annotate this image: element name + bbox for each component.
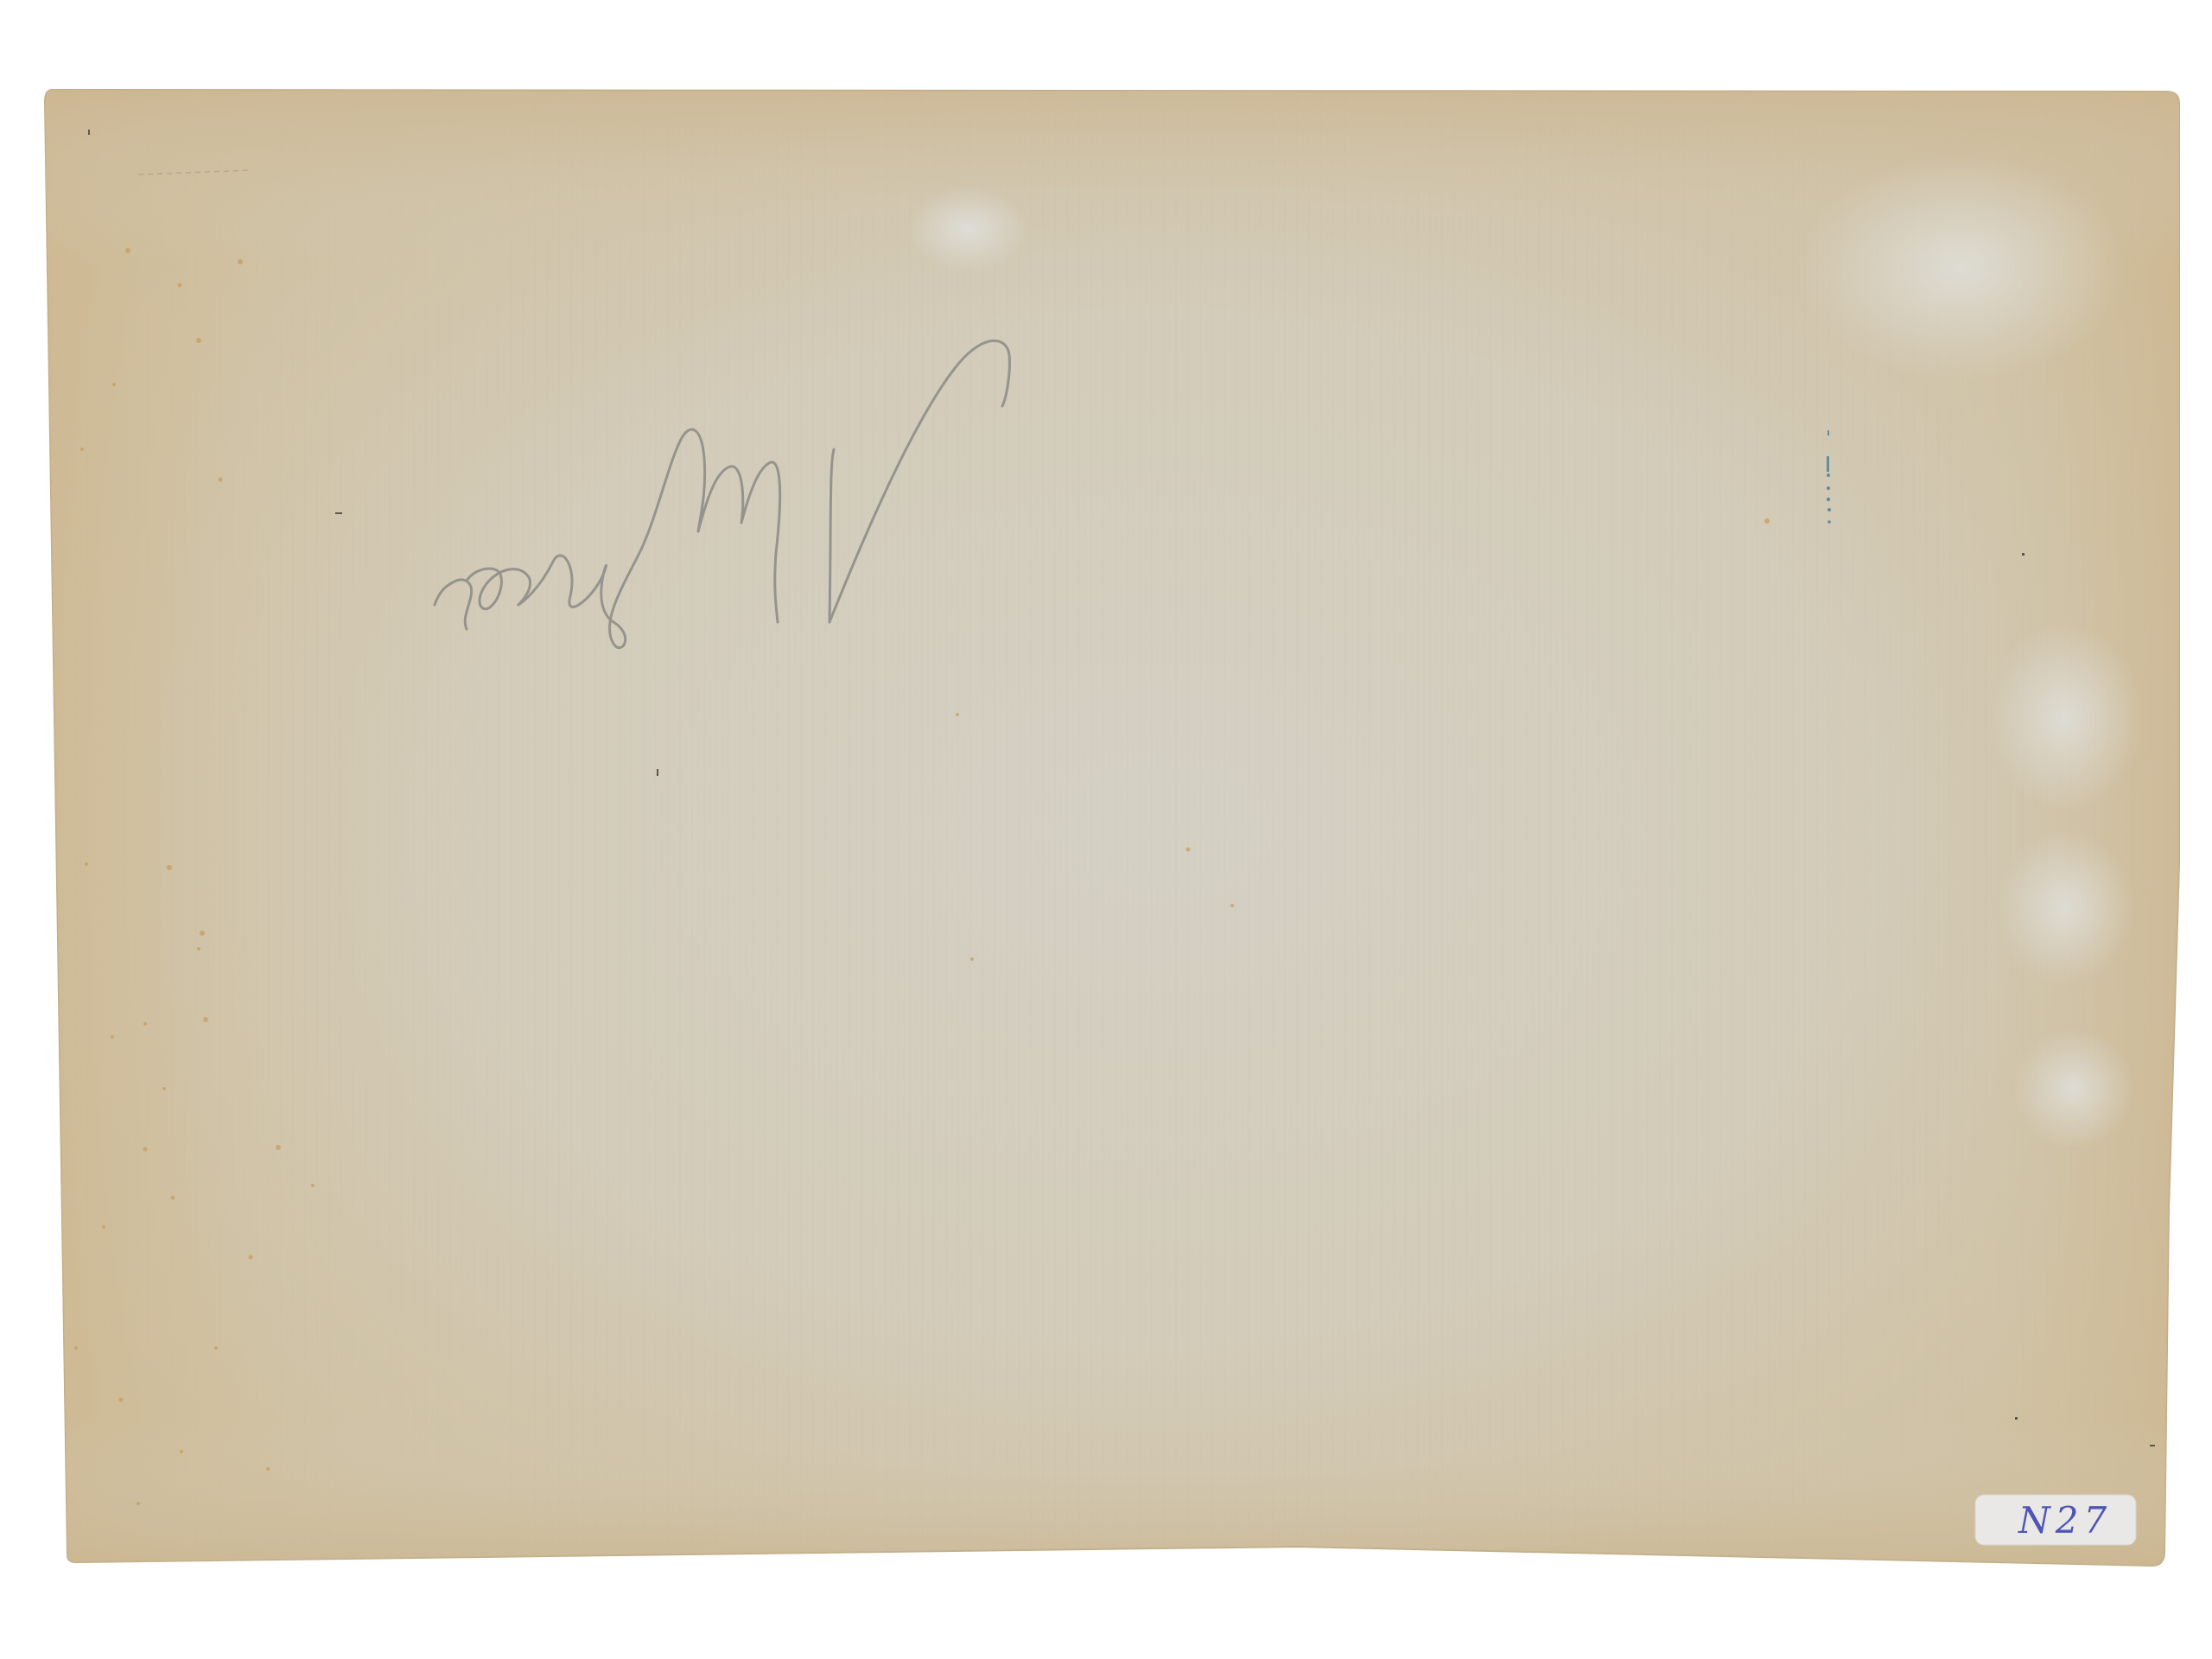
- pale-spot: [907, 186, 1028, 272]
- paper-sheet: [0, 0, 2212, 1659]
- inventory-label: N27: [1975, 1495, 2136, 1545]
- label-text: N27: [2018, 1499, 2112, 1541]
- pale-spot: [2013, 1028, 2134, 1149]
- pale-spot: [1987, 622, 2143, 812]
- pale-spot: [1996, 829, 2134, 985]
- paper-scene: N27: [0, 0, 2212, 1659]
- pale-spot: [1797, 156, 2126, 380]
- photo-stage: N27: [0, 0, 2212, 1659]
